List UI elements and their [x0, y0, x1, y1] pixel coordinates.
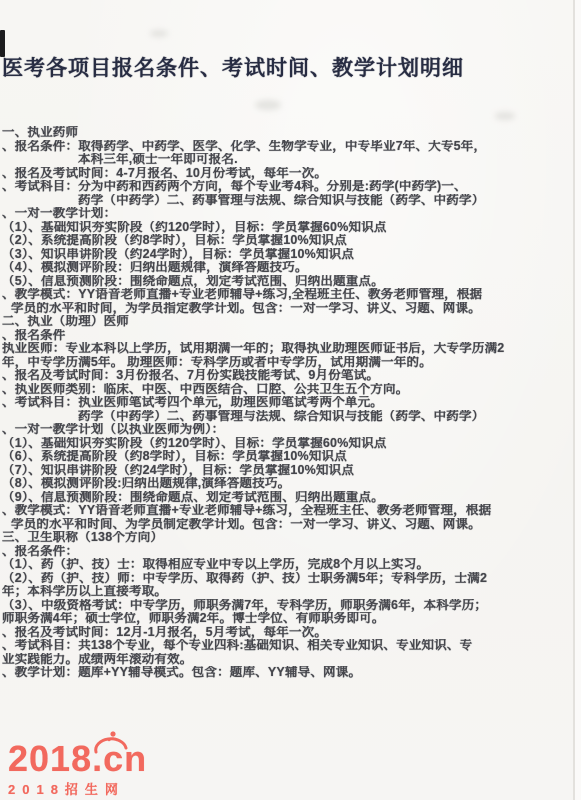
- doc-line: （1）、药（护、技）士：取得相应专业中专以上学历，完成8个月以上实习。: [2, 558, 574, 572]
- doc-line: （1）、基础知识夯实阶段（约120学时），目标：学员掌握60%知识点: [2, 221, 574, 235]
- scan-smudge: [255, 100, 281, 110]
- site-watermark-logo: 2018.cn 2018招生网: [8, 740, 147, 798]
- doc-line: 本科三年,硕士一年即可报名.: [2, 153, 574, 167]
- doc-line: 一、执业药师: [2, 126, 574, 140]
- doc-line: 、报名条件：: [2, 545, 574, 559]
- doc-line: 、教学计划：题库+YY辅导模式。包含：题库、YY辅导、网课。: [2, 666, 574, 680]
- doc-line: 学员的水平和时间、为学员制定教学计划。包含：一对一学习、讲义、习题、网课。: [2, 518, 574, 532]
- doc-line: 、教学模式：YY语音老师直播+专业老师辅导+练习,全程班主任、教务老师管理，根据: [2, 288, 574, 302]
- doc-line: 药学（中药学）二、药事管理与法规、综合知识与技能（药学、中药学）: [2, 194, 574, 208]
- doc-line: （3）、中级资格考试：中专学历，师职务满7年，专科学历，师职务满6年，本科学历；: [2, 599, 574, 613]
- doc-line: 年；本科学历以上直接考取。: [2, 585, 574, 599]
- scan-smudge: [150, 30, 168, 37]
- scan-smudge: [495, 112, 515, 120]
- doc-line: 药学（中药学）二、药事管理与法规、综合知识与技能（药学、中药学）: [2, 410, 574, 424]
- page-title: 医考各项目报名条件、考试时间、教学计划明细: [2, 52, 562, 82]
- doc-line: 执业医师：专业本科以上学历，试用期满一年的；取得执业助理医师证书后，大专学历满2: [2, 342, 574, 356]
- scanned-document-page: 医考各项目报名条件、考试时间、教学计划明细 一、执业药师、报名条件：取得药学、中…: [0, 0, 581, 800]
- doc-line: 业实践能力。成绩两年滚动有效。: [2, 653, 574, 667]
- doc-line: 、报名及考试时间：3月份报名、7月份实践技能考试、9月份笔试。: [2, 369, 574, 383]
- doc-line: （8）、模拟测评阶段:归纳出题规律,演绎答题技巧。: [2, 477, 574, 491]
- doc-line: （9）、信息预测阶段：围绕命题点、划定考试范围、归纳出题重点。: [2, 491, 574, 505]
- doc-line: （4）、模拟测评阶段：归纳出题规律，演绎答题技巧。: [2, 261, 574, 275]
- doc-line: （6）、系统提高阶段（约8学时），目标：学员掌握10%知识点: [2, 450, 574, 464]
- doc-line: （5）、信息预测阶段：围绕命题点，划定考试范围、归纳出题重点。: [2, 275, 574, 289]
- doc-line: 、一对一教学计划（以执业医师为例）：: [2, 423, 574, 437]
- doc-line: 、考试科目：共138个专业，每个专业四科:基础知识、相关专业知识、专业知识、专: [2, 639, 574, 653]
- doc-line: （2）、系统提高阶段（约8学时），目标：学员掌握10%知识点: [2, 234, 574, 248]
- doc-line: （3）、知识串讲阶段（约24学时），目标：学员掌握10%知识点: [2, 248, 574, 262]
- doc-line: 学员的水平和时间，为学员指定教学计划。包含：一对一学习、讲义、习题、网课。: [2, 302, 574, 316]
- doc-line: 、考试科目：执业医师笔试考四个单元，助理医师笔试考两个单元。: [2, 396, 574, 410]
- doc-line: （2）、药（护、技）师：中专学历、取得药（护、技）士职务满5年；专科学历，士满2: [2, 572, 574, 586]
- doc-line: 、报名及考试时间：4-7月报名、10月份考试，每年一次。: [2, 167, 574, 181]
- doc-line: 、报名条件: [2, 329, 574, 343]
- document-body: 一、执业药师、报名条件：取得药学、中药学、医学、化学、生物学专业，中专毕业7年、…: [2, 126, 574, 680]
- doc-line: （7）、知识串讲阶段（约24学时），目标：学员掌握10%知识点: [2, 464, 574, 478]
- doc-line: 、一对一教学计划：: [2, 207, 574, 221]
- doc-line: 、报名及考试时间：12月-1月报名，5月考试，每年一次。: [2, 626, 574, 640]
- logo-subtext: 2018招生网: [8, 779, 147, 798]
- doc-line: 、考试科目：分为中药和西药两个方向，每个专业考4科。分别是:药学(中药学)一、: [2, 180, 574, 194]
- doc-line: 二、执业（助理）医师: [2, 315, 574, 329]
- doc-line: 、执业医师类别：临床、中医、中西医结合、口腔、公共卫生五个方向。: [2, 383, 574, 397]
- page-edge-strip: [575, 0, 581, 800]
- doc-line: （1）、基础知识夯实阶段（约120学时）、目标：学员掌握60%知识点: [2, 437, 574, 451]
- doc-line: 、报名条件：取得药学、中药学、医学、化学、生物学专业，中专毕业7年、大专5年，: [2, 140, 574, 154]
- doc-line: 三、卫生职称（138个方向）: [2, 531, 574, 545]
- doc-line: 师职务满4年；硕士学位，师职务满2年。博士学位、有师职务即可。: [2, 612, 574, 626]
- doc-line: 、教学模式：YY语音老师直播+专业老师辅导+练习，全程班主任、教务老师管理，根据: [2, 504, 574, 518]
- doc-line: 年，中专学历满5年。 助理医师：专科学历或者中专学历，试用期满一年的。: [2, 356, 574, 370]
- logo-text: 2018.cn: [8, 740, 147, 778]
